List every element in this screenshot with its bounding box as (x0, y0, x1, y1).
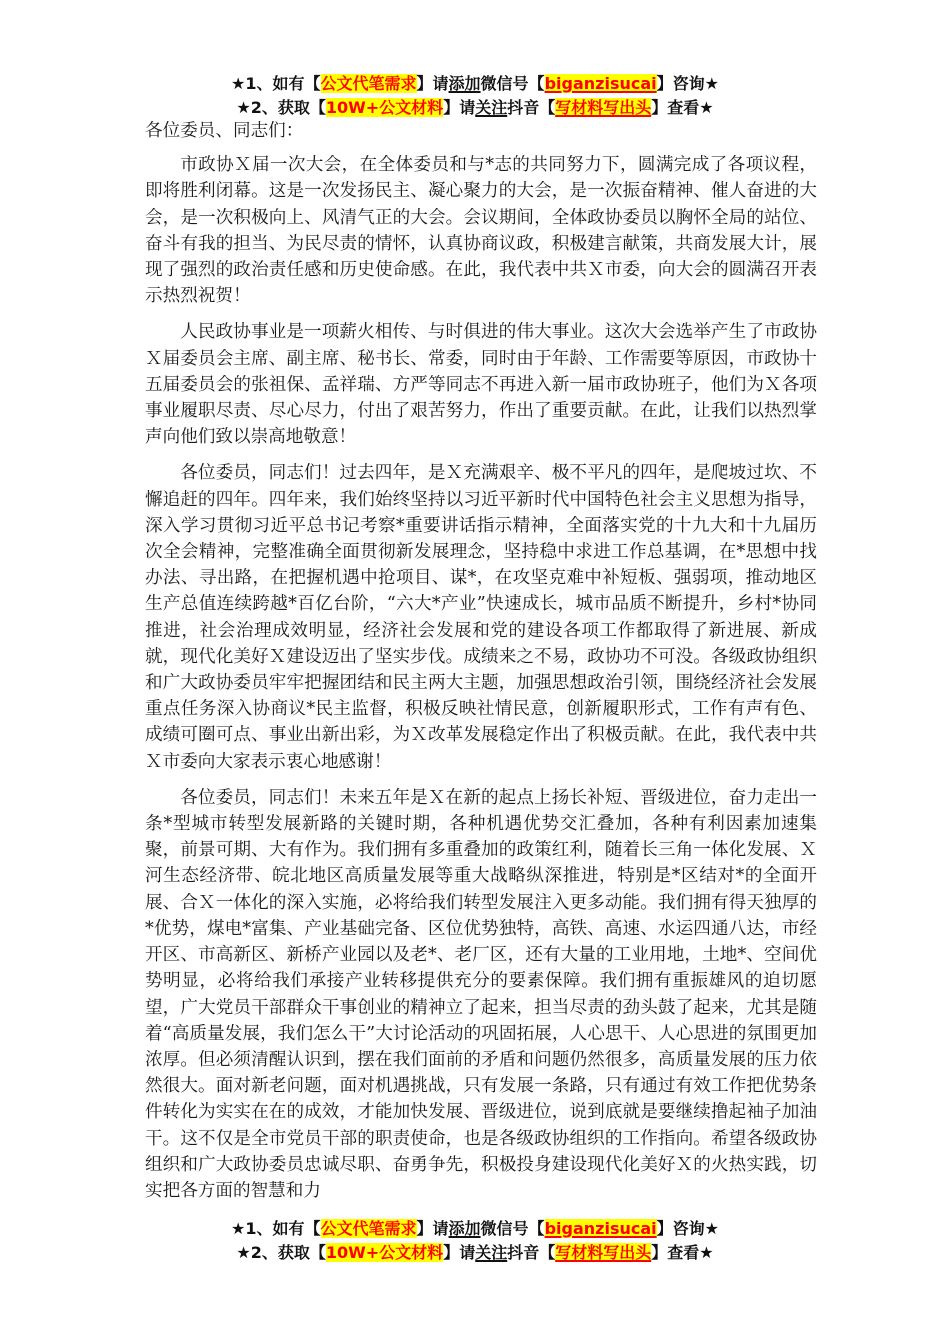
ad-text: 】查看★ (651, 98, 713, 117)
ad-text: 】咨询★ (657, 74, 719, 93)
douyin-account-link[interactable]: 写材料写出头 (555, 98, 651, 117)
ad-text: 】请 (443, 1243, 475, 1262)
ad-text: 抖音【 (507, 98, 555, 117)
ad-text: 微信号【 (481, 74, 545, 93)
ad-text: 】请 (417, 1219, 449, 1238)
ad-text: 】请 (443, 98, 475, 117)
ad-highlight: 10W+公文材料 (326, 1243, 443, 1262)
ad-line-2: ★2、获取【10W+公文材料】请关注抖音【写材料写出头】查看★ (0, 96, 950, 120)
ad-text: 微信号【 (481, 1219, 545, 1238)
ad-text: 】咨询★ (657, 1219, 719, 1238)
ad-highlight: 公文代笔需求 (321, 74, 417, 93)
ad-highlight: 公文代笔需求 (321, 1219, 417, 1238)
ad-banner-top: ★1、如有【公文代笔需求】请添加微信号【biganzisucai】咨询★ ★2、… (0, 72, 950, 120)
wechat-id-link[interactable]: biganzisucai (545, 74, 657, 93)
ad-text: ★2、获取【 (236, 98, 325, 117)
paragraph: 各位委员，同志们！过去四年，是Ｘ充满艰辛、极不平凡的四年，是爬坡过坎、不懈追赶的… (145, 460, 817, 774)
ad-underlined: 关注 (475, 1243, 507, 1262)
wechat-id-link[interactable]: biganzisucai (545, 1219, 657, 1238)
ad-line-2: ★2、获取【10W+公文材料】请关注抖音【写材料写出头】查看★ (0, 1241, 950, 1265)
paragraph: 市政协Ｘ届一次大会，在全体委员和与*志的共同努力下，圆满完成了各项议程，即将胜利… (145, 152, 817, 309)
document-body: 各位委员、同志们： 市政协Ｘ届一次大会，在全体委员和与*志的共同努力下，圆满完成… (145, 118, 817, 1214)
ad-text: 抖音【 (507, 1243, 555, 1262)
ad-line-1: ★1、如有【公文代笔需求】请添加微信号【biganzisucai】咨询★ (0, 72, 950, 96)
ad-text: ★1、如有【 (231, 74, 320, 93)
salutation: 各位委员、同志们： (145, 118, 817, 144)
ad-line-1: ★1、如有【公文代笔需求】请添加微信号【biganzisucai】咨询★ (0, 1217, 950, 1241)
ad-underlined: 添加 (449, 74, 481, 93)
ad-text: 】请 (417, 74, 449, 93)
ad-text: ★1、如有【 (231, 1219, 320, 1238)
ad-underlined: 关注 (475, 98, 507, 117)
ad-banner-bottom: ★1、如有【公文代笔需求】请添加微信号【biganzisucai】咨询★ ★2、… (0, 1217, 950, 1265)
douyin-account-link[interactable]: 写材料写出头 (555, 1243, 651, 1262)
ad-underlined: 添加 (449, 1219, 481, 1238)
document-page: ★1、如有【公文代笔需求】请添加微信号【biganzisucai】咨询★ ★2、… (0, 0, 950, 1344)
ad-highlight: 10W+公文材料 (326, 98, 443, 117)
paragraph: 人民政协事业是一项薪火相传、与时俱进的伟大事业。这次大会选举产生了市政协Ｘ届委员… (145, 319, 817, 450)
ad-text: 】查看★ (651, 1243, 713, 1262)
ad-text: ★2、获取【 (236, 1243, 325, 1262)
paragraph: 各位委员，同志们！未来五年是Ｘ在新的起点上扬长补短、晋级进位，奋力走出一条*型城… (145, 785, 817, 1204)
